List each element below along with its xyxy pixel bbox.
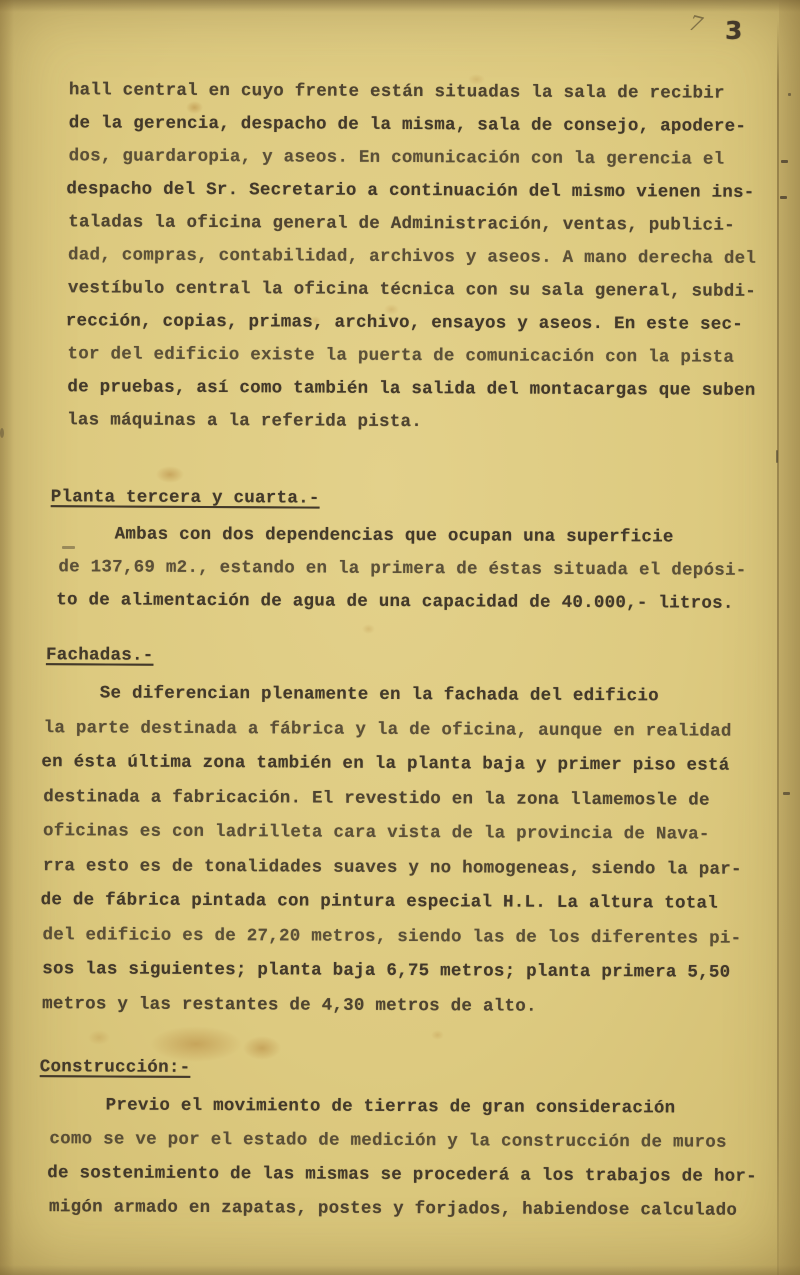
text-line: despacho del Sr. Secretario a continuaci… — [66, 173, 800, 210]
text-line: de de fábrica pintada con pintura especi… — [41, 883, 797, 921]
stamped-page-number: 3 — [725, 16, 742, 45]
text-line: del edificio es de 27,20 metros, siendo … — [42, 918, 798, 956]
bottom-edge-shadow — [0, 1265, 800, 1275]
text-line: Se diferencian plenamente en la fachada … — [44, 676, 800, 714]
document-body: hall central en cuyo frente están situad… — [0, 74, 800, 1228]
top-edge-shadow — [0, 0, 800, 12]
text-line: en ésta última zona también en la planta… — [41, 745, 797, 783]
text-line: oficinas es con ladrilleta cara vista de… — [43, 814, 799, 852]
text-line: hall central en cuyo frente están situad… — [69, 74, 800, 111]
section-heading: Planta tercera y cuarta.- — [51, 481, 320, 515]
text-line: de sostenimiento de las mismas se proced… — [47, 1156, 795, 1194]
text-line: to de alimentación de agua de una capaci… — [56, 584, 798, 621]
text-line: Ambas con dos dependencias que ocupan un… — [59, 518, 800, 555]
text-line: las máquinas a la referida pista. — [67, 404, 800, 441]
document-section: Construcción:-Previo el movimiento de ti… — [39, 1051, 798, 1228]
handwritten-page-number: 7 — [686, 11, 705, 38]
text-line: taladas la oficina general de Administra… — [68, 206, 800, 243]
text-line: migón armado en zapatas, postes y forjad… — [49, 1190, 797, 1228]
text-line: rección, copias, primas, archivo, ensayo… — [66, 305, 800, 342]
text-line: dad, compras, contabilidad, archivos y a… — [68, 239, 800, 276]
text-line: Previo el movimiento de tierras de gran … — [50, 1088, 798, 1126]
text-line: de la gerencia, despacho de la misma, sa… — [69, 107, 800, 144]
text-line: de pruebas, así como también la salida d… — [67, 371, 800, 408]
document-section: Fachadas.-Se diferencian plenamente en l… — [44, 639, 800, 1025]
scanned-document-page: 7 3 hall central en cuyo frente están si… — [0, 0, 800, 1275]
section-heading: Fachadas.- — [46, 639, 154, 673]
section-heading: Construcción:- — [40, 1051, 191, 1085]
text-line: tor del edificio existe la puerta de com… — [67, 338, 800, 375]
document-section: Planta tercera y cuarta.-Ambas con dos d… — [50, 481, 800, 621]
document-section: hall central en cuyo frente están situad… — [67, 74, 800, 441]
text-line: como se ve por el estado de medición y l… — [49, 1122, 797, 1160]
text-line: sos las siguientes; planta baja 6,75 met… — [42, 952, 798, 990]
text-line: destinada a fabricación. El revestido en… — [43, 780, 799, 818]
text-line: de 137,69 m2., estando en la primera de … — [58, 551, 800, 588]
text-line: rra esto es de tonalidades suaves y no h… — [43, 849, 799, 887]
text-line: la parte destinada a fábrica y la de ofi… — [44, 711, 800, 749]
text-line: vestíbulo central la oficina técnica con… — [68, 272, 800, 309]
text-line: metros y las restantes de 4,30 metros de… — [42, 987, 798, 1025]
text-line: dos, guardaropia, y aseos. En comunicaci… — [68, 140, 800, 177]
